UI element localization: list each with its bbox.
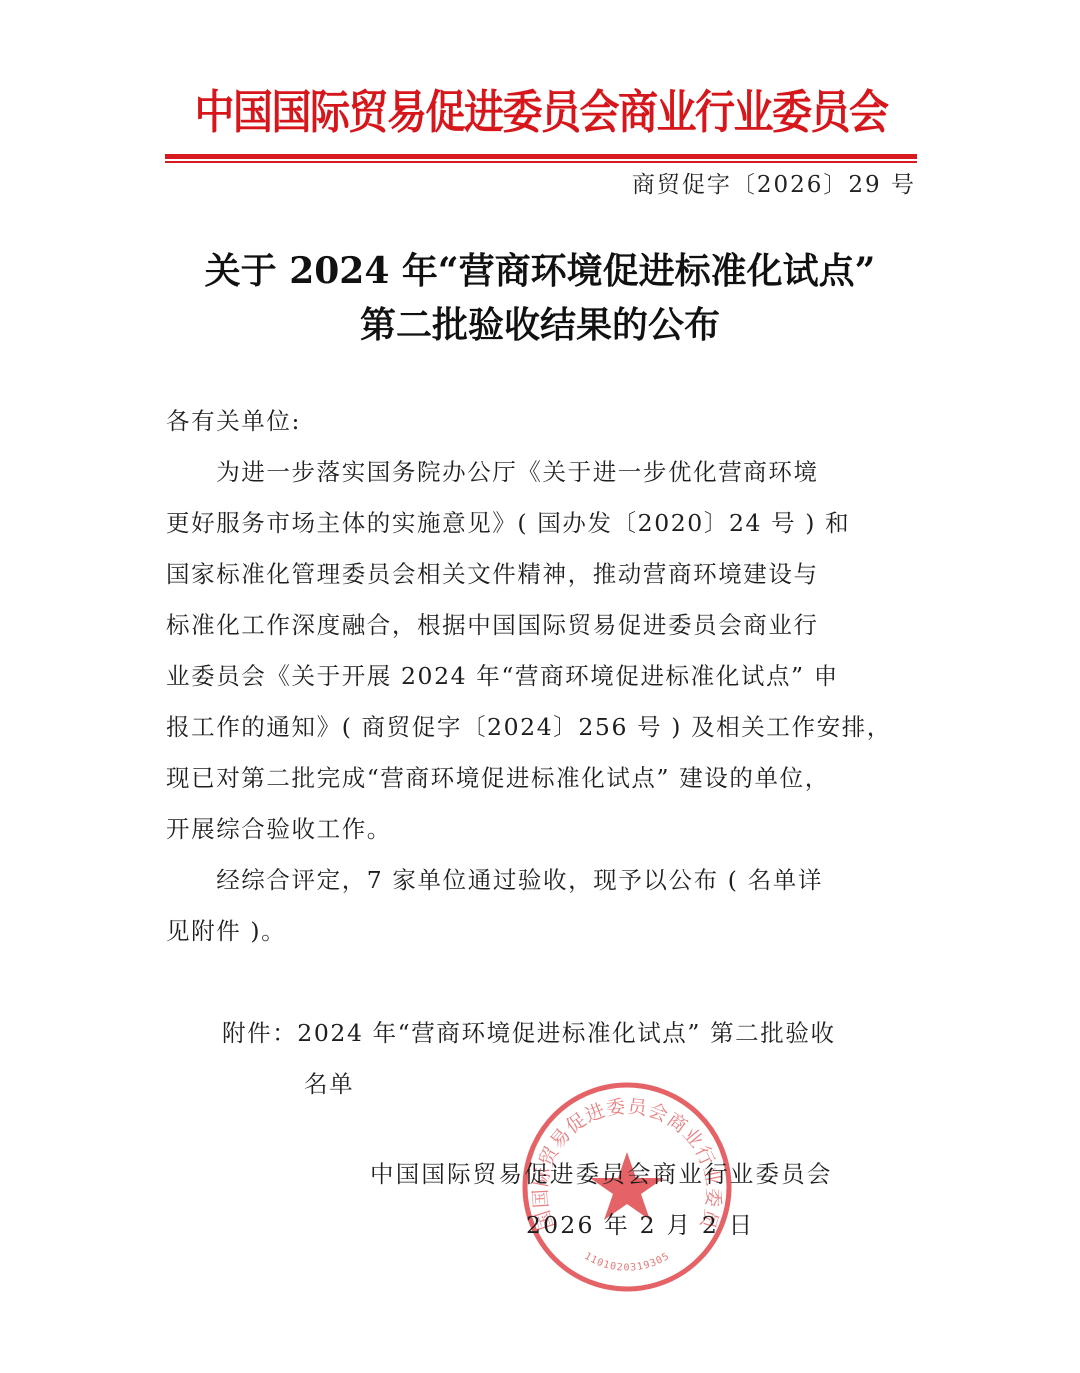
document-number: 商贸促字〔2026〕29 号: [632, 168, 916, 202]
red-header-rule-thin: [165, 161, 917, 163]
body-paragraph-1-line: 报工作的通知》( 商贸促字〔2024〕256 号 ) 及相关工作安排，: [166, 710, 892, 744]
document-page: 中国国际贸易促进委员会商业行业委员会 商贸促字〔2026〕29 号 关于 202…: [0, 0, 1080, 1373]
body-paragraph-1-line: 现已对第二批完成“营商环境促进标准化试点” 建设的单位，: [166, 761, 830, 795]
document-title-line-2: 第二批验收结果的公布: [150, 300, 930, 350]
red-header-rule-thick: [165, 154, 917, 159]
seal-code: 1101020319305: [582, 1251, 672, 1274]
body-paragraph-1-line: 国家标准化管理委员会相关文件精神，推动营商环境建设与: [166, 557, 819, 591]
attachment-line-2[interactable]: 名单: [304, 1067, 354, 1101]
signing-date: 2026 年 2 月 2 日: [526, 1208, 754, 1242]
body-paragraph-2-line: 经综合评定，7 家单位通过验收，现予以公布 ( 名单详: [166, 863, 823, 897]
issuer-masthead: 中国国际贸易促进委员会商业行业委员会: [160, 77, 922, 148]
signing-organization: 中国国际贸易促进委员会商业行业委员会: [370, 1157, 833, 1191]
attachment-line-1[interactable]: 附件：2024 年“营商环境促进标准化试点” 第二批验收: [222, 1016, 836, 1050]
body-paragraph-1-line: 开展综合验收工作。: [166, 812, 392, 846]
body-paragraph-1-line: 标准化工作深度融合，根据中国国际贸易促进委员会商业行: [166, 608, 819, 642]
body-paragraph-1-line: 业委员会《关于开展 2024 年“营商环境促进标准化试点” 申: [166, 659, 839, 693]
document-title-line-1: 关于 2024 年“营商环境促进标准化试点”: [150, 246, 930, 296]
body-paragraph-1-line: 为进一步落实国务院办公厅《关于进一步优化营商环境: [166, 455, 819, 489]
body-paragraph-2-line: 见附件 )。: [166, 914, 286, 948]
body-paragraph-1-line: 更好服务市场主体的实施意见》( 国办发〔2020〕24 号 ) 和: [166, 506, 850, 540]
svg-text:1101020319305: 1101020319305: [582, 1251, 672, 1274]
salutation: 各有关单位:: [166, 404, 301, 438]
